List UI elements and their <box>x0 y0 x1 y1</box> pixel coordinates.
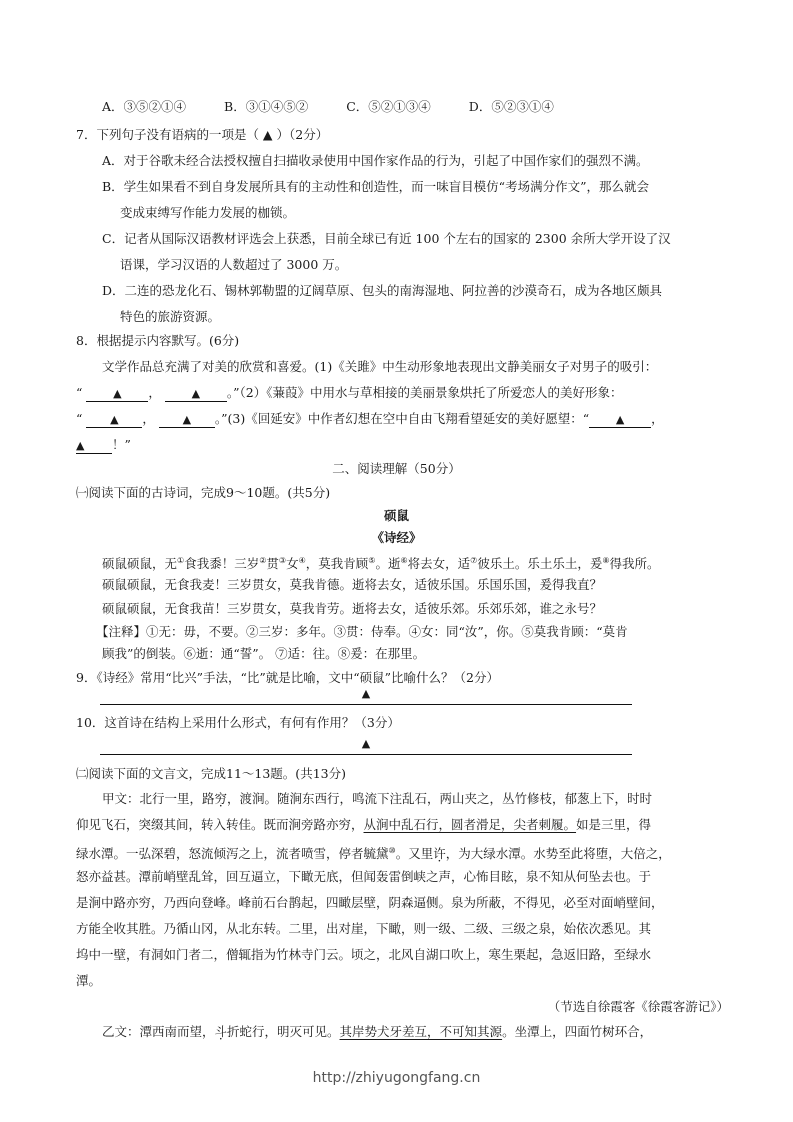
q8-intro: 文学作品总充满了对美的欣赏和喜爱。(1)《关雎》中生动形象地表现出文静美丽女子对… <box>102 357 657 377</box>
answer-blank[interactable]: ▲ <box>165 385 227 402</box>
exam-page: A．③⑤②①④B．③①④⑤②C．⑤②①③④D．⑤②③①④ 7．下列句子没有语病的… <box>0 0 793 1122</box>
underlined-sentence: 其岸势犬牙差互，不可知其源 <box>340 1024 503 1039</box>
jia-line-5: 是涧中路亦穷，乃西向登峰。峰前石台鹊起，四瞰层壁，阴森逼侧。泉为所蔽，不得见，必… <box>76 893 664 913</box>
jia-line-3: 绿水潭。一弘深碧，怒流倾泻之上，流者喷雪，停者毓黛⑩。又里许，为大绿水潭。水势至… <box>76 841 671 864</box>
jia-line-1: 甲文：北行一里，路穷，渡涧。随涧东西行，鸣流下注乱石，两山夹之，丛竹修枝，郁葱上… <box>102 789 652 809</box>
q8-stem: 8．根据提示内容默写。(6分) <box>76 331 239 351</box>
jia-source: （节选自徐霞客《徐霞客游记》） <box>548 997 729 1017</box>
q10-stem: 10．这首诗在结构上采用什么形式，有何有作用？（3分） <box>76 713 400 733</box>
poem-line-2: 硕鼠硕鼠，无食我麦！三岁贯女，莫我肯德。逝将去女，适彼乐国。乐国乐国，爰得我直？ <box>102 575 602 595</box>
q6-option-c: C．⑤②①③④ <box>346 97 431 117</box>
answer-blank[interactable]: ▲ <box>589 411 651 428</box>
q9-answer-line[interactable]: ▲ <box>100 686 632 705</box>
q7-option-b: B．学生如果看不到自身发展所具有的主动性和创造性，而一味盲目模仿“考场满分作文”… <box>102 177 649 197</box>
yi-line-1: 乙文：潭西南而望，斗折蛇行，明灭可见。其岸势犬牙差互，不可知其源。坐潭上，四面竹… <box>102 1022 652 1042</box>
q7-stem: 7．下列句子没有语病的一项是（ ▲ ）（2分） <box>76 125 328 145</box>
poem-line-1: 硕鼠硕鼠，无①食我黍！三岁②贯③女④，莫我肯顾⑤。逝⑥将去女，适⑦彼乐土。乐土乐… <box>102 551 660 574</box>
poem-notes-cont: 顾我”的倒装。⑥逝：通“誓”。 ⑦适：往。⑧爰：在那里。 <box>102 644 425 664</box>
q10-answer-line[interactable]: ▲ <box>100 736 632 755</box>
underlined-sentence: 从涧中乱石行，圆者滑足，尖者刺履。 <box>364 817 577 832</box>
q7-option-a: A．对于谷歌未经合法授权擅自扫描收录使用中国作家作品的行为，引起了中国作家们的强… <box>102 151 649 171</box>
footer-url: http://zhiyugongfang.cn <box>0 1070 793 1086</box>
jia-line-4: 怒亦益甚。潭前峭壁乱耸，回互逼立，下瞰无底，但闻轰雷倒峡之声，心怖目眩，泉不知从… <box>76 867 651 887</box>
q8-line3: “ ▲， ▲。”(3)《回延安》中作者幻想在空中自由飞翔看望延安的美好愿望：“▲… <box>76 409 664 429</box>
poem-title: 硕鼠 <box>0 506 793 526</box>
q7-option-b-cont: 变成束缚写作能力发展的枷锁。 <box>120 203 295 223</box>
jia-line-6: 方能全收其胜。乃循山冈，从北东转。二里，出对崖，下瞰，则一级、二级、三级之泉，始… <box>76 919 651 939</box>
q9-stem: 9．《诗经》常用“比兴”手法，“比”就是比喻，文中“硕鼠”比喻什么？（2分） <box>76 668 499 688</box>
q8-line4: ▲！” <box>76 435 131 455</box>
jia-line-8: 潭。 <box>76 971 101 991</box>
answer-blank[interactable]: ▲ <box>86 411 142 428</box>
jia-line-7: 坞中一壁，有洞如门者二，僧辄指为竹林寺门云。顷之，北风自湖口吹上，寒生栗起，急返… <box>76 945 651 965</box>
q6-options: A．③⑤②①④B．③①④⑤②C．⑤②①③④D．⑤②③①④ <box>102 97 592 117</box>
answer-blank[interactable]: ▲ <box>86 385 148 402</box>
jia-line-2: 仰见飞石，突缀其间，转入转佳。既而涧旁路亦穷，从涧中乱石行，圆者滑足，尖者刺履。… <box>76 815 651 835</box>
part2-intro: ㈡阅读下面的文言文，完成11～13题。(共13分) <box>76 764 346 784</box>
q8-line2: “ ▲， ▲。”（2）《蒹葭》中用水与草相接的美丽景象烘托了所爱恋人的美好形象： <box>76 383 623 403</box>
q7-option-d: D．二连的恐龙化石、锡林郭勒盟的辽阔草原、包头的南海湿地、阿拉善的沙漠奇石，成为… <box>102 281 662 301</box>
q7-option-c-cont: 语课，学习汉语的人数超过了 3000 万。 <box>120 255 347 275</box>
poem-source: 《诗经》 <box>0 528 793 548</box>
answer-blank[interactable]: ▲ <box>159 411 215 428</box>
answer-blank[interactable]: ▲ <box>76 437 112 454</box>
q7-option-d-cont: 特色的旅游资源。 <box>120 307 220 327</box>
part1-intro: ㈠阅读下面的古诗词，完成9～10题。(共5分) <box>76 483 330 503</box>
poem-notes: 【注释】①无：毋，不要。②三岁：多年。③贯：侍奉。④女：同“汝”，你。⑤莫我肯顾… <box>96 622 628 642</box>
q6-option-d: D．⑤②③①④ <box>469 97 554 117</box>
q6-option-b: B．③①④⑤② <box>224 97 308 117</box>
q7-option-c: C．记者从国际汉语教材评选会上获悉，目前全球已有近 100 个左右的国家的 23… <box>102 229 671 249</box>
section-title: 二、阅读理解（50分） <box>0 459 793 479</box>
q6-option-a: A．③⑤②①④ <box>102 97 186 117</box>
poem-line-3: 硕鼠硕鼠，无食我苗！三岁贯女，莫我肯劳。逝将去女，适彼乐郊。乐郊乐郊，谁之永号？ <box>102 599 602 619</box>
